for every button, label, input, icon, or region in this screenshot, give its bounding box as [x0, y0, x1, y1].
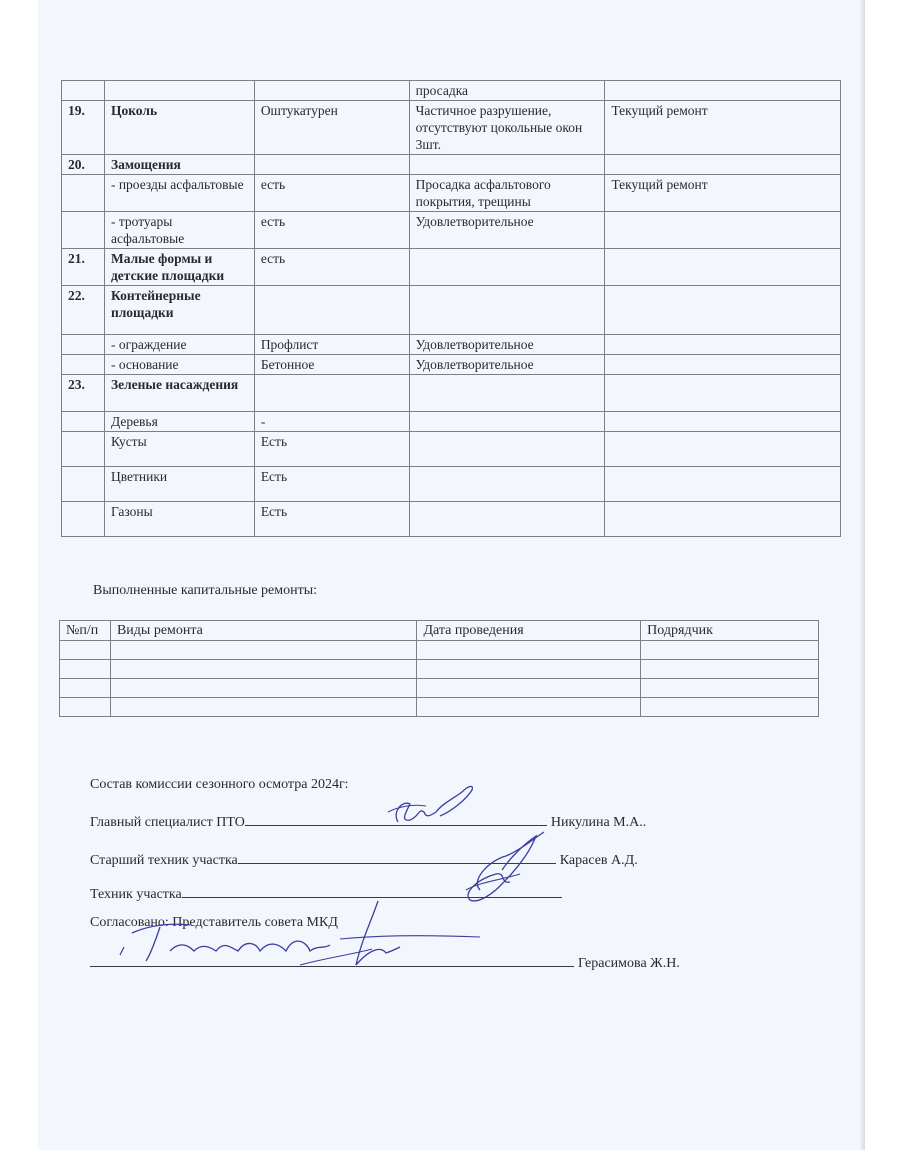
member-role: Главный специалист ПТО [90, 815, 245, 830]
row-material: есть [254, 212, 409, 249]
row-action: Текущий ремонт [605, 175, 841, 212]
row-condition [409, 502, 605, 537]
row-element: - ограждение [104, 335, 254, 355]
row-element: Замощения [104, 155, 254, 175]
row-number [62, 212, 105, 249]
row-number [62, 412, 105, 432]
row-material [254, 286, 409, 335]
row-number: 22. [62, 286, 105, 335]
table-row [60, 660, 819, 679]
empty-cell [110, 641, 417, 660]
row-condition: Удовлетворительное [409, 212, 605, 249]
row-action [605, 502, 841, 537]
table-row: - ограждениеПрофлистУдовлетворительное [62, 335, 841, 355]
row-number: 19. [62, 101, 105, 155]
row-material: Бетонное [254, 355, 409, 375]
row-element: Цоколь [104, 101, 254, 155]
empty-cell [60, 679, 111, 698]
signature-line [90, 952, 574, 967]
empty-cell [110, 679, 417, 698]
table-row: КустыЕсть [62, 432, 841, 467]
header-number: №п/п [60, 621, 111, 641]
table-header-row: №п/п Виды ремонта Дата проведения Подряд… [60, 621, 819, 641]
row-material: Есть [254, 502, 409, 537]
row-action [605, 81, 841, 101]
row-condition: Удовлетворительное [409, 355, 605, 375]
row-number [62, 355, 105, 375]
row-condition [409, 432, 605, 467]
table-row: - проезды асфальтовыеестьПросадка асфаль… [62, 175, 841, 212]
row-action [605, 412, 841, 432]
row-condition [409, 155, 605, 175]
table-row: - основаниеБетонноеУдовлетворительное [62, 355, 841, 375]
empty-cell [641, 698, 819, 717]
row-condition [409, 249, 605, 286]
table-row: 23.Зеленые насаждения [62, 375, 841, 412]
table-row: 22.Контейнерные площадки [62, 286, 841, 335]
table-row [60, 679, 819, 698]
table-row: 21.Малые формы и детские площадкиесть [62, 249, 841, 286]
header-date: Дата проведения [417, 621, 641, 641]
row-element: Деревья [104, 412, 254, 432]
commission-title: Состав комиссии сезонного осмотра 2024г: [90, 777, 349, 793]
page-edge-shadow [860, 0, 865, 1150]
row-material: Профлист [254, 335, 409, 355]
inspection-table: просадка19.ЦокольОштукатуренЧастичное ра… [61, 80, 841, 537]
row-condition: Частичное разрушение, отсутствуют цоколь… [409, 101, 605, 155]
commission-member-3: Техник участка [90, 883, 562, 903]
row-number [62, 502, 105, 537]
member-name: Карасев А.Д. [560, 853, 638, 868]
row-element: - проезды асфальтовые [104, 175, 254, 212]
row-element: Малые формы и детские площадки [104, 249, 254, 286]
row-material [254, 375, 409, 412]
empty-cell [641, 660, 819, 679]
row-action [605, 467, 841, 502]
table-row: 19.ЦокольОштукатуренЧастичное разрушение… [62, 101, 841, 155]
commission-member-2: Старший техник участкаКарасев А.Д. [90, 849, 638, 869]
row-condition [409, 286, 605, 335]
empty-cell [60, 698, 111, 717]
empty-cell [417, 679, 641, 698]
row-material: Есть [254, 467, 409, 502]
member-role: Техник участка [90, 887, 182, 902]
row-material: Есть [254, 432, 409, 467]
row-condition: Просадка асфальтового покрытия, трещины [409, 175, 605, 212]
row-action [605, 155, 841, 175]
row-action [605, 286, 841, 335]
row-action [605, 212, 841, 249]
header-repair-type: Виды ремонта [110, 621, 417, 641]
row-element: Цветники [104, 467, 254, 502]
row-action [605, 249, 841, 286]
row-number [62, 432, 105, 467]
empty-cell [641, 641, 819, 660]
row-condition [409, 375, 605, 412]
row-condition [409, 412, 605, 432]
row-element: Кусты [104, 432, 254, 467]
table-row: - тротуары асфальтовыеестьУдовлетворител… [62, 212, 841, 249]
table-row: просадка [62, 81, 841, 101]
row-number: 23. [62, 375, 105, 412]
row-material [254, 81, 409, 101]
row-number: 20. [62, 155, 105, 175]
table-row: 20.Замощения [62, 155, 841, 175]
commission-member-1: Главный специалист ПТОНикулина М.А.. [90, 811, 646, 831]
empty-cell [110, 698, 417, 717]
row-action: Текущий ремонт [605, 101, 841, 155]
header-contractor: Подрядчик [641, 621, 819, 641]
approval-label: Согласовано: Представитель совета МКД [90, 915, 338, 931]
empty-cell [110, 660, 417, 679]
row-number: 21. [62, 249, 105, 286]
capital-repairs-table: №п/п Виды ремонта Дата проведения Подряд… [59, 620, 819, 717]
table-row [60, 641, 819, 660]
row-action [605, 375, 841, 412]
table-row: Деревья- [62, 412, 841, 432]
row-number [62, 467, 105, 502]
empty-cell [60, 660, 111, 679]
row-condition: Удовлетворительное [409, 335, 605, 355]
empty-cell [60, 641, 111, 660]
empty-cell [417, 641, 641, 660]
empty-cell [641, 679, 819, 698]
row-element: - основание [104, 355, 254, 375]
signature-line [238, 849, 556, 864]
row-material: Оштукатурен [254, 101, 409, 155]
table-row: ЦветникиЕсть [62, 467, 841, 502]
table-row [60, 698, 819, 717]
table-row: ГазоныЕсть [62, 502, 841, 537]
approval-name: Герасимова Ж.Н. [578, 956, 680, 971]
row-condition [409, 467, 605, 502]
signature-line [182, 883, 562, 898]
row-element: Зеленые насаждения [104, 375, 254, 412]
approval-signature-row: Герасимова Ж.Н. [90, 952, 680, 972]
row-element [104, 81, 254, 101]
member-role: Старший техник участка [90, 853, 238, 868]
empty-cell [417, 698, 641, 717]
capital-repairs-caption: Выполненные капитальные ремонты: [93, 583, 317, 599]
row-material [254, 155, 409, 175]
empty-cell [417, 660, 641, 679]
row-element: Контейнерные площадки [104, 286, 254, 335]
row-material: есть [254, 175, 409, 212]
signature-line [245, 811, 547, 826]
row-material: есть [254, 249, 409, 286]
row-number [62, 81, 105, 101]
row-element: - тротуары асфальтовые [104, 212, 254, 249]
row-action [605, 335, 841, 355]
member-name: Никулина М.А.. [551, 815, 646, 830]
row-material: - [254, 412, 409, 432]
row-number [62, 175, 105, 212]
row-action [605, 355, 841, 375]
row-number [62, 335, 105, 355]
row-condition: просадка [409, 81, 605, 101]
row-element: Газоны [104, 502, 254, 537]
row-action [605, 432, 841, 467]
